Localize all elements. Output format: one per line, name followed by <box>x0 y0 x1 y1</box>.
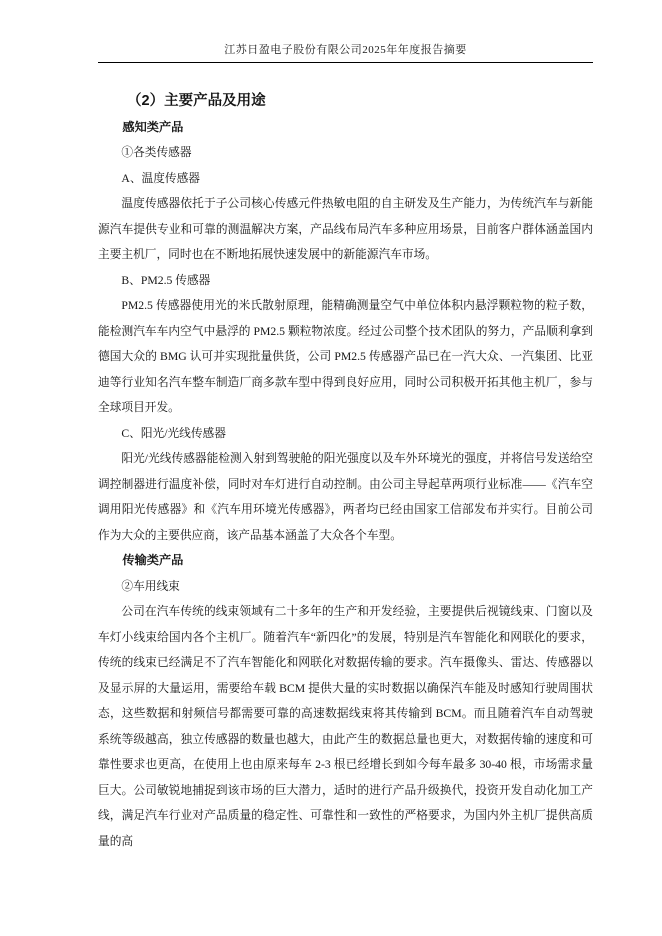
item-sensors-overview: ①各类传感器 <box>98 140 593 166</box>
section-heading-main-products: （2）主要产品及用途 <box>98 89 593 115</box>
paragraph-pm25-sensor: PM2.5 传感器使用光的米氏散射原理，能精确测量空气中单位体积内悬浮颗粒物的粒… <box>98 293 593 421</box>
category-heading-perception-products: 感知类产品 <box>98 115 593 141</box>
paragraph-temperature-sensor: 温度传感器依托于子公司核心传感元件热敏电阻的自主研发及生产能力，为传统汽车与新能… <box>98 191 593 268</box>
item-sunlight-sensor: C、阳光/光线传感器 <box>98 421 593 447</box>
paragraph-wire-harness: 公司在汽车传统的线束领域有二十多年的生产和开发经验，主要提供后视镜线束、门窗以及… <box>98 599 593 854</box>
item-wire-harness: ②车用线束 <box>98 574 593 600</box>
report-header-title: 江苏日盈电子股份有限公司2025年年度报告摘要 <box>98 44 593 63</box>
document-page: 江苏日盈电子股份有限公司2025年年度报告摘要 （2）主要产品及用途 感知类产品… <box>0 0 662 936</box>
paragraph-sunlight-sensor: 阳光/光线传感器能检测入射到驾驶舱的阳光强度以及车外环境光的强度，并将信号发送给… <box>98 446 593 548</box>
item-temperature-sensor: A、温度传感器 <box>98 166 593 192</box>
category-heading-transmission-products: 传输类产品 <box>98 548 593 574</box>
item-pm25-sensor: B、PM2.5 传感器 <box>98 268 593 294</box>
page-content: 江苏日盈电子股份有限公司2025年年度报告摘要 （2）主要产品及用途 感知类产品… <box>98 44 593 854</box>
